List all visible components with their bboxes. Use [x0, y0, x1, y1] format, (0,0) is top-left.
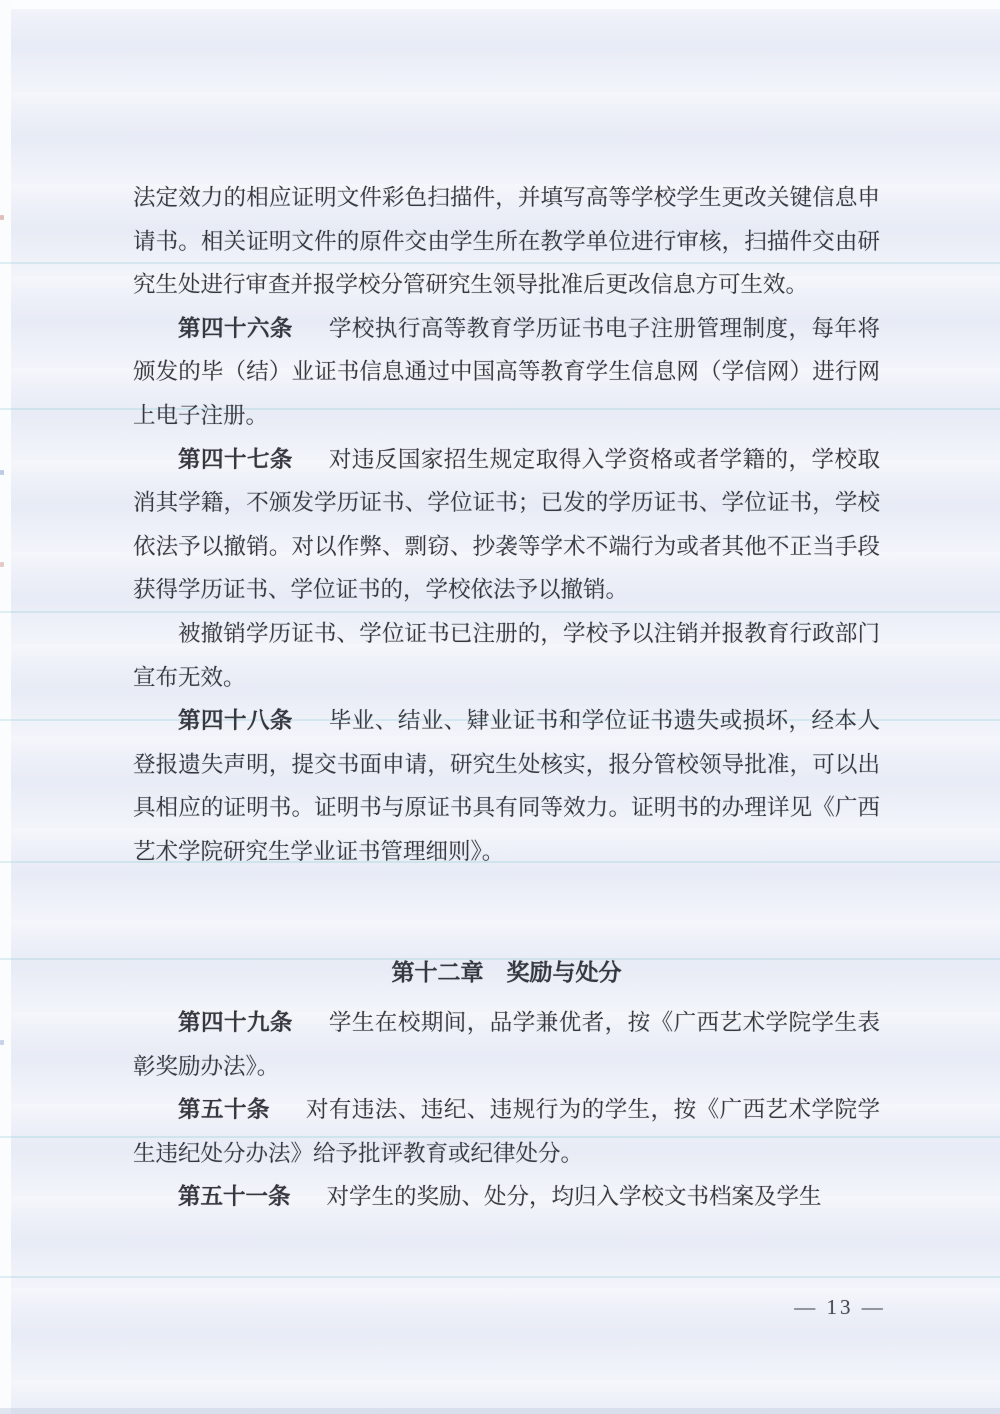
paragraph-article-50: 第五十条对有违法、违纪、违规行为的学生，按《广西艺术学院学生违纪处分办法》给予批…	[133, 1088, 880, 1175]
scan-edge-left	[0, 0, 11, 1414]
document-body-upper: 法定效力的相应证明文件彩色扫描件，并填写高等学校学生更改关键信息申请书。相关证明…	[133, 176, 880, 874]
chapter-number: 第十二章	[392, 960, 484, 985]
article-number: 第五十条	[178, 1097, 270, 1122]
scanned-document-page: 法定效力的相应证明文件彩色扫描件，并填写高等学校学生更改关键信息申请书。相关证明…	[0, 0, 1000, 1414]
chapter-title: 奖励与处分	[507, 960, 622, 985]
paragraph-text: 对学生的奖励、处分，均归入学校文书档案及学生	[327, 1184, 822, 1209]
document-body-lower: 第四十九条学生在校期间，品学兼优者，按《广西艺术学院学生表彰奖励办法》。 第五十…	[133, 1001, 880, 1219]
paragraph-article-46: 第四十六条学校执行高等教育学历证书电子注册管理制度，每年将颁发的毕（结）业证书信…	[133, 307, 880, 438]
article-number: 第四十八条	[178, 708, 293, 733]
article-number: 第四十九条	[178, 1010, 293, 1035]
paragraph-text: 被撤销学历证书、学位证书已注册的，学校予以注销并报教育行政部门宣布无效。	[133, 621, 880, 690]
page-number: — 13 —	[775, 1292, 905, 1322]
paragraph-revocation-note: 被撤销学历证书、学位证书已注册的，学校予以注销并报教育行政部门宣布无效。	[133, 612, 880, 699]
chapter-heading: 第十二章奖励与处分	[133, 951, 880, 995]
scan-edge-bottom	[0, 1408, 1000, 1414]
paragraph-continuation: 法定效力的相应证明文件彩色扫描件，并填写高等学校学生更改关键信息申请书。相关证明…	[133, 176, 880, 307]
article-number: 第四十七条	[178, 447, 293, 472]
paragraph-article-47: 第四十七条对违反国家招生规定取得入学资格或者学籍的，学校取消其学籍，不颁发学历证…	[133, 438, 880, 612]
paragraph-article-48: 第四十八条毕业、结业、肄业证书和学位证书遗失或损坏，经本人登报遗失声明，提交书面…	[133, 699, 880, 873]
article-number: 第四十六条	[178, 316, 293, 341]
paragraph-article-51: 第五十一条对学生的奖励、处分，均归入学校文书档案及学生	[133, 1175, 880, 1219]
article-number: 第五十一条	[178, 1184, 291, 1209]
paragraph-article-49: 第四十九条学生在校期间，品学兼优者，按《广西艺术学院学生表彰奖励办法》。	[133, 1001, 880, 1088]
scan-artifact-line	[0, 1276, 1000, 1278]
scan-edge-top	[0, 0, 1000, 9]
paragraph-text: 法定效力的相应证明文件彩色扫描件，并填写高等学校学生更改关键信息申请书。相关证明…	[133, 185, 880, 297]
